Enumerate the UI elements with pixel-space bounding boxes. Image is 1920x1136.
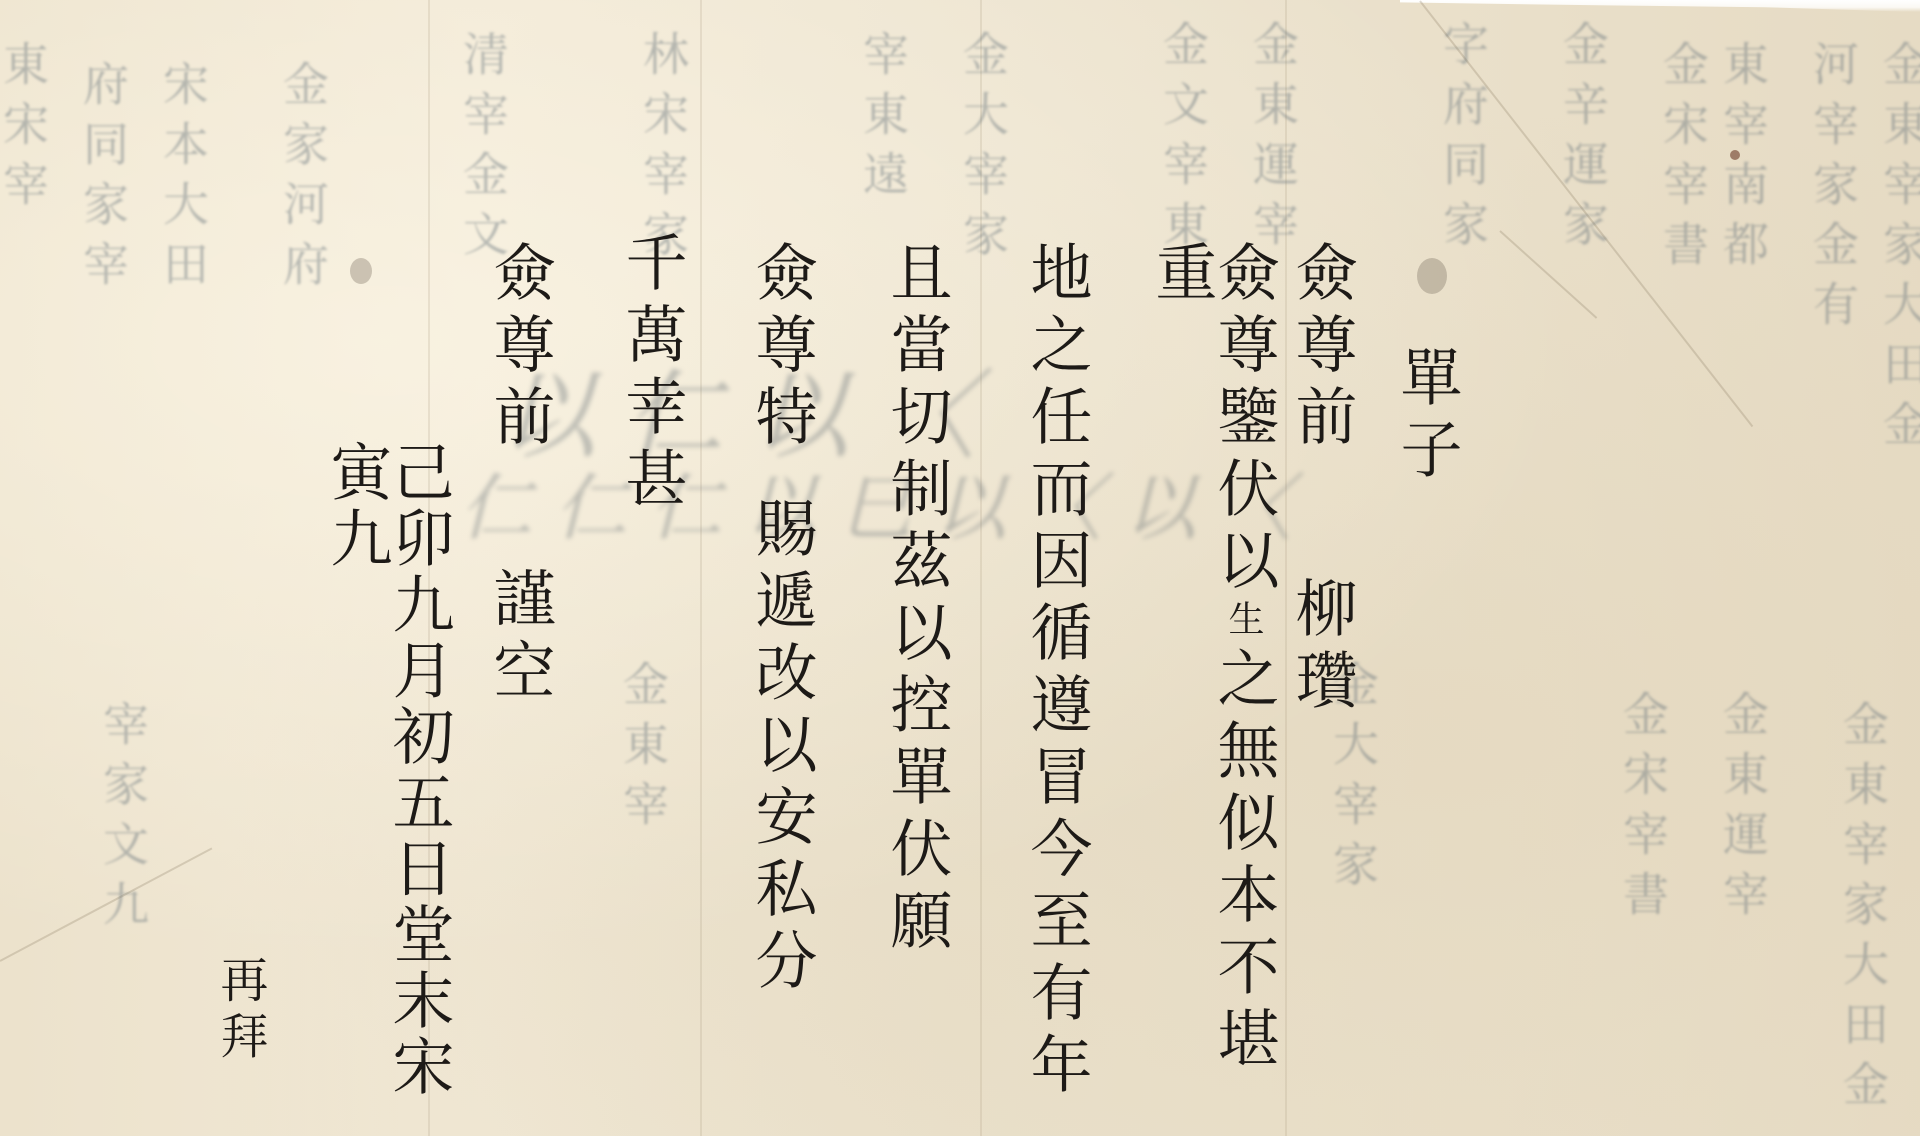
ghost-text-column: 清宰金文 <box>460 30 506 270</box>
ghost-text-column: 金大宰家 <box>960 30 1006 270</box>
ghost-text-column: 金文宰東 <box>1160 20 1206 260</box>
ghost-text-column: 金辛運家 <box>1560 20 1606 260</box>
date-and-signatory: 己卯九月初五日堂末宋寅九 <box>320 440 455 1100</box>
ghost-text-column: 東宰南都 <box>1720 40 1766 280</box>
ghost-text-column: 金家河府 <box>280 60 326 300</box>
document-title: 單子 <box>1390 345 1463 489</box>
paper-stain <box>350 258 372 284</box>
closing-column: 再拜 <box>216 955 264 1067</box>
paper-stain <box>1417 258 1447 294</box>
paper-stain <box>1730 150 1740 160</box>
text-column-5: 僉尊特賜遞改以安私分 <box>750 240 812 1000</box>
ghost-text-column: 字府同家 <box>1440 20 1486 260</box>
honorific-heading: 僉尊特 <box>745 240 818 456</box>
title-column: 單子 <box>1395 345 1457 489</box>
text-column-6: 千萬幸甚 <box>620 230 682 518</box>
text-segment: 賜遞改以安私分 <box>745 496 818 1000</box>
ghost-text-column: 府同家宰 <box>80 60 126 300</box>
text-column-3: 地之任而因循遵冒今至有年 <box>1025 240 1087 1104</box>
honorific-heading: 僉尊前 <box>483 240 556 456</box>
text-segment: 且當切制茲以控單伏願 <box>880 240 953 960</box>
ghost-text-column: 金東宰 <box>620 660 666 840</box>
closing-formula: 謹空 <box>483 566 556 710</box>
ghost-text-column: 宰家文九 <box>100 700 146 940</box>
humble-self-reference: 生 <box>1223 600 1264 646</box>
ghost-text-column: 河宰家金有 <box>1810 40 1856 340</box>
ghost-text-column: 東宋宰 <box>0 40 46 220</box>
closing-salutation: 再拜 <box>212 955 268 1067</box>
text-column-7: 僉尊前謹空 <box>488 240 550 710</box>
ghost-text-column: 宰東遠 <box>860 30 906 210</box>
text-segment: 地之任而因循遵冒今至有年 <box>1020 240 1093 1104</box>
ghost-text-column: 金宋宰書 <box>1620 690 1666 930</box>
text-column-1: 僉尊前柳瓚 <box>1290 240 1352 720</box>
honorific-heading: 僉尊前 <box>1285 240 1358 456</box>
text-segment: 千萬幸甚 <box>615 230 688 518</box>
text-column-4: 且當切制茲以控單伏願 <box>885 240 947 960</box>
petitioner-name: 柳瓚 <box>1285 576 1358 720</box>
ghost-text-column: 金東宰家大田金 <box>1840 700 1886 1120</box>
ghost-text-column: 金東運宰 <box>1720 690 1766 930</box>
ghost-text-column: 金宋宰書 <box>1660 40 1706 280</box>
text-column-2: 僉尊鑒伏以生之無似本不堪重 <box>1150 240 1274 1136</box>
date-column: 己卯九月初五日堂末宋寅九 <box>325 440 449 1136</box>
paper-crease <box>700 0 702 1136</box>
ghost-text-column: 宋本大田 <box>160 60 206 300</box>
ghost-text-column: 金東宰家大田金 <box>1880 40 1920 460</box>
ghost-text-column: 金東運宰 <box>1250 20 1296 260</box>
